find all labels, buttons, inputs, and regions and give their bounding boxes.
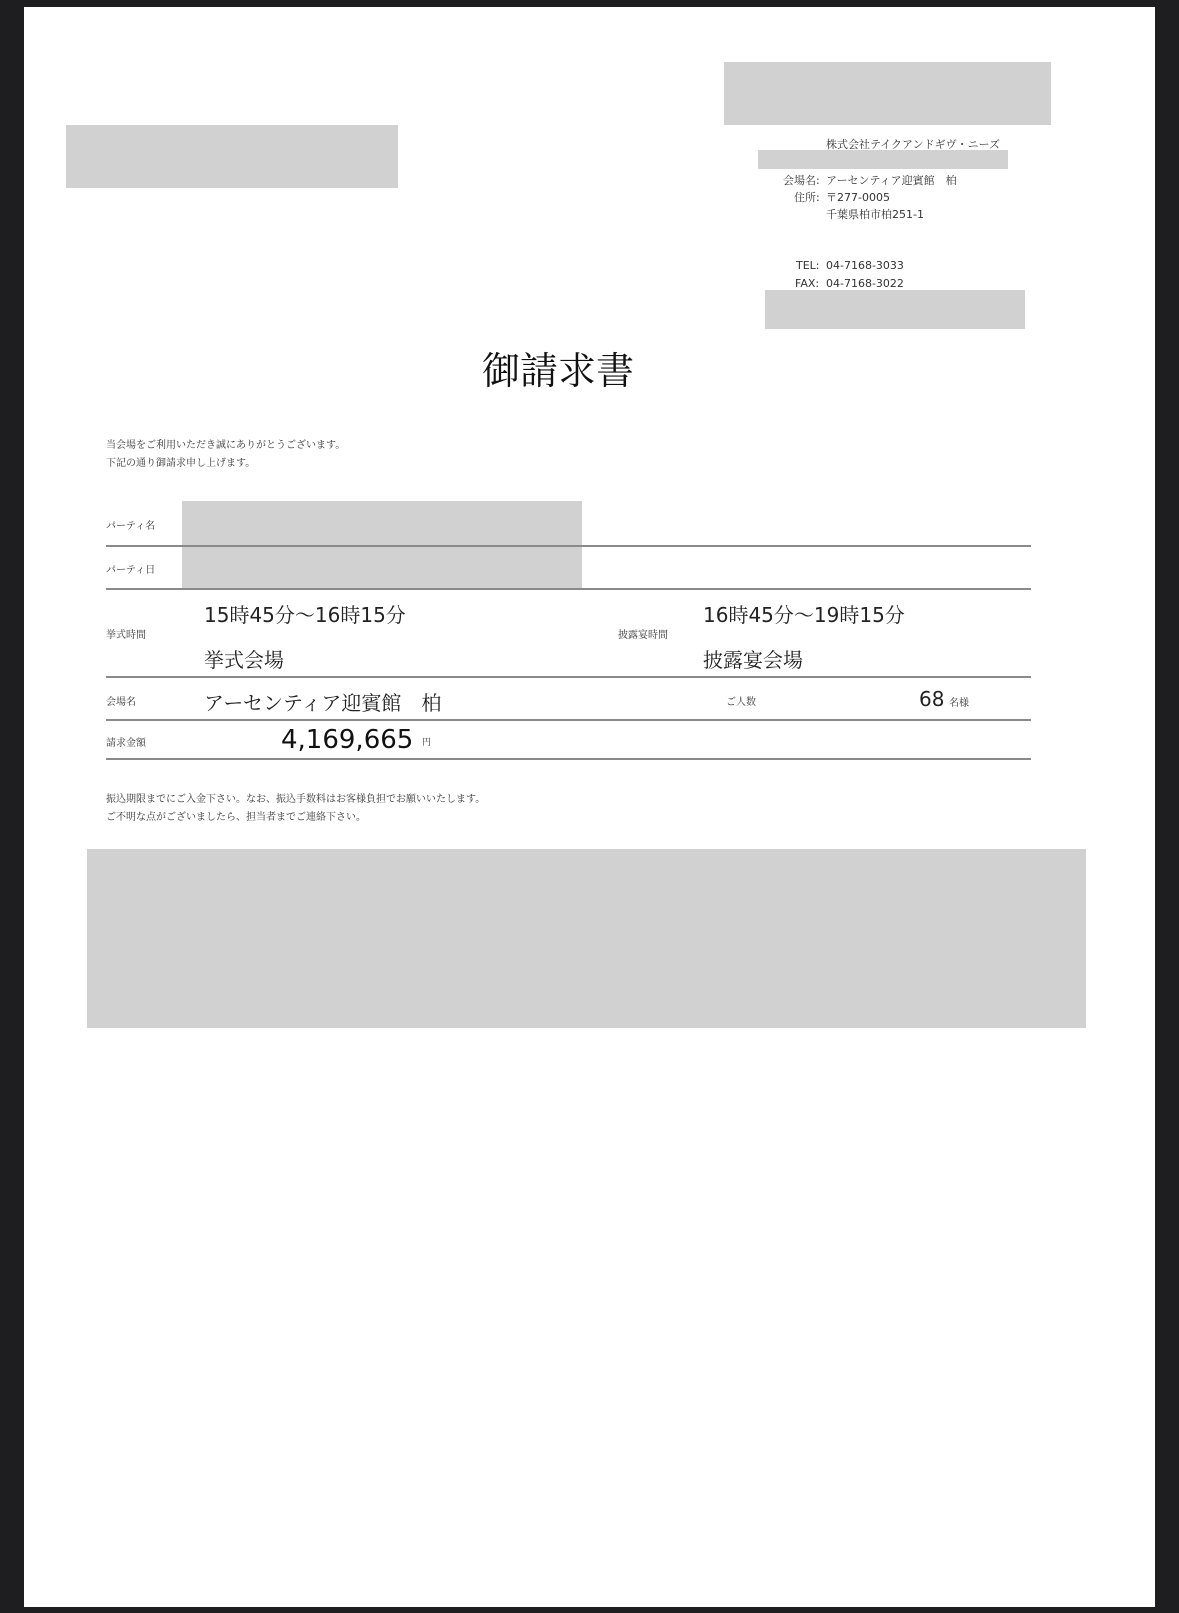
document-title: 御請求書 (482, 340, 634, 395)
issuer-tel: 04-7168-3033 (826, 259, 904, 272)
row-divider (106, 676, 1031, 678)
reception-time-label: 披露宴時間 (618, 626, 668, 641)
ceremony-time: 15時45分〜16時15分 (204, 599, 406, 628)
redacted-logo (724, 62, 1051, 125)
issuer-postal: 〒277-0005 (826, 189, 890, 205)
ceremony-venue: 挙式会場 (204, 644, 284, 673)
invoice-page: 株式会社テイクアンドギヴ・ニーズ 会場名: アーセンティア迎賓館 柏 住所: 〒… (24, 7, 1155, 1607)
redacted-contact (765, 290, 1025, 329)
redacted-issuer-line (758, 150, 1008, 169)
guests-unit: 名様 (949, 694, 969, 709)
row-divider (106, 758, 1031, 760)
issuer-fax: 04-7168-3022 (826, 277, 904, 290)
party-name-label: パーティ名 (106, 517, 155, 532)
party-date-label: パーティ日 (106, 561, 155, 576)
issuer-venue-label: 会場名: (783, 172, 820, 188)
greeting-line-2: 下記の通り御請求申し上げます。 (106, 454, 255, 469)
amount-label: 請求金額 (106, 734, 146, 749)
greeting-line-1: 当会場をご利用いただき誠にありがとうございます。 (106, 436, 345, 451)
issuer-company: 株式会社テイクアンドギヴ・ニーズ (826, 136, 1000, 152)
payment-note-2: ご不明な点がございましたら、担当者までご連絡下さい。 (106, 808, 366, 823)
issuer-fax-label: FAX: (795, 277, 819, 290)
issuer-venue: アーセンティア迎賓館 柏 (826, 172, 957, 188)
issuer-address-label: 住所: (794, 189, 820, 205)
issuer-address: 千葉県柏市柏251-1 (826, 206, 924, 222)
payment-note-1: 振込期限までにご入金下さい。なお、振込手数料はお客様負担でお願いいたします。 (106, 790, 485, 805)
guests-count: 68 (919, 687, 944, 711)
venue-label: 会場名 (106, 693, 136, 708)
redacted-bank-info (87, 849, 1086, 1028)
amount-unit: 円 (422, 735, 431, 748)
redacted-recipient (66, 125, 398, 188)
ceremony-time-label: 挙式時間 (106, 626, 146, 641)
reception-venue: 披露宴会場 (703, 644, 803, 673)
row-divider (106, 719, 1031, 721)
row-divider (106, 588, 1031, 590)
reception-time: 16時45分〜19時15分 (703, 599, 905, 628)
venue-name: アーセンティア迎賓館 柏 (204, 687, 441, 716)
row-divider (106, 545, 1031, 547)
issuer-tel-label: TEL: (796, 259, 820, 272)
guests-label: ご人数 (726, 693, 756, 708)
invoice-amount: 4,169,665 (281, 725, 413, 755)
